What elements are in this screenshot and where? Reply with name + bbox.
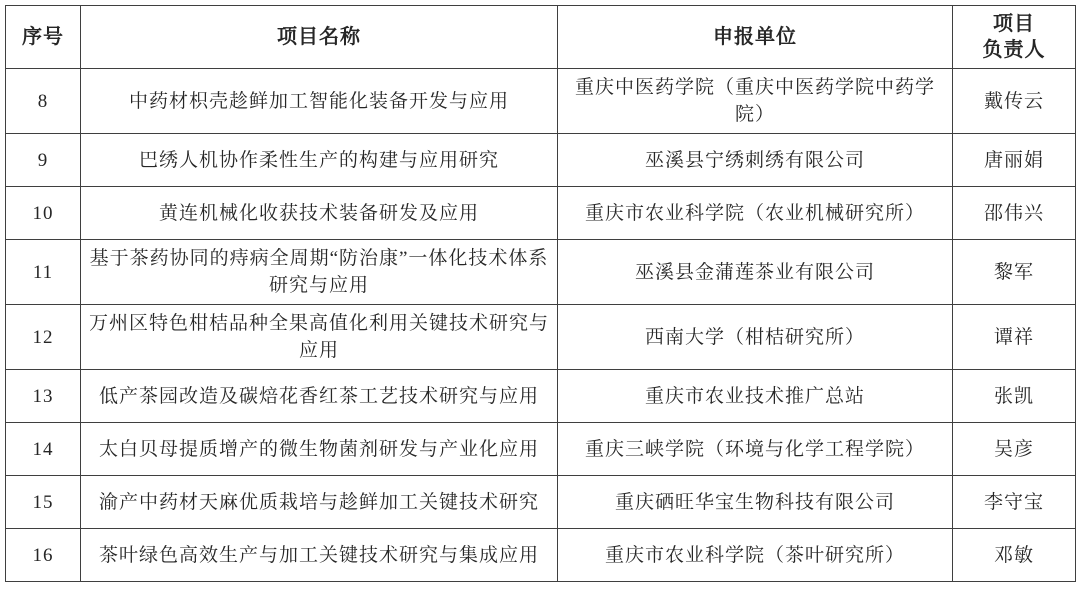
table-body: 8中药材枳壳趁鲜加工智能化装备开发与应用重庆中医药学院（重庆中医药学院中药学院）… — [6, 69, 1076, 582]
cell-project-name: 渝产中药材天麻优质栽培与趁鲜加工关键技术研究 — [81, 476, 558, 529]
cell-index: 8 — [6, 69, 81, 134]
table-row: 16茶叶绿色高效生产与加工关键技术研究与集成应用重庆市农业科学院（茶叶研究所）邓… — [6, 529, 1076, 582]
cell-project-name: 万州区特色柑桔品种全果高值化利用关键技术研究与应用 — [81, 305, 558, 370]
cell-applicant-unit: 重庆市农业科学院（茶叶研究所） — [558, 529, 953, 582]
document-page: 序号 项目名称 申报单位 项目 负责人 8中药材枳壳趁鲜加工智能化装备开发与应用… — [0, 0, 1080, 595]
cell-project-name: 中药材枳壳趁鲜加工智能化装备开发与应用 — [81, 69, 558, 134]
cell-index: 10 — [6, 187, 81, 240]
cell-project-name: 黄连机械化收获技术装备研发及应用 — [81, 187, 558, 240]
cell-project-name: 巴绣人机协作柔性生产的构建与应用研究 — [81, 134, 558, 187]
column-header-project-leader-line2: 负责人 — [959, 37, 1069, 63]
cell-applicant-unit: 重庆硒旺华宝生物科技有限公司 — [558, 476, 953, 529]
cell-index: 13 — [6, 370, 81, 423]
column-header-project-leader: 项目 负责人 — [953, 6, 1076, 69]
table-row: 8中药材枳壳趁鲜加工智能化装备开发与应用重庆中医药学院（重庆中医药学院中药学院）… — [6, 69, 1076, 134]
cell-project-leader: 李守宝 — [953, 476, 1076, 529]
cell-project-leader: 谭祥 — [953, 305, 1076, 370]
cell-applicant-unit: 巫溪县金蒲莲茶业有限公司 — [558, 240, 953, 305]
table-row: 9巴绣人机协作柔性生产的构建与应用研究巫溪县宁绣刺绣有限公司唐丽娟 — [6, 134, 1076, 187]
cell-project-name: 太白贝母提质增产的微生物菌剂研发与产业化应用 — [81, 423, 558, 476]
cell-index: 16 — [6, 529, 81, 582]
cell-project-leader: 吴彦 — [953, 423, 1076, 476]
cell-project-leader: 邓敏 — [953, 529, 1076, 582]
cell-applicant-unit: 巫溪县宁绣刺绣有限公司 — [558, 134, 953, 187]
cell-project-leader: 邵伟兴 — [953, 187, 1076, 240]
table-row: 12万州区特色柑桔品种全果高值化利用关键技术研究与应用西南大学（柑桔研究所）谭祥 — [6, 305, 1076, 370]
cell-applicant-unit: 重庆中医药学院（重庆中医药学院中药学院） — [558, 69, 953, 134]
cell-project-leader: 张凯 — [953, 370, 1076, 423]
table-header-row: 序号 项目名称 申报单位 项目 负责人 — [6, 6, 1076, 69]
cell-project-leader: 黎军 — [953, 240, 1076, 305]
cell-index: 9 — [6, 134, 81, 187]
cell-index: 12 — [6, 305, 81, 370]
column-header-project-name: 项目名称 — [81, 6, 558, 69]
cell-index: 11 — [6, 240, 81, 305]
cell-applicant-unit: 重庆市农业科学院（农业机械研究所） — [558, 187, 953, 240]
table-row: 15渝产中药材天麻优质栽培与趁鲜加工关键技术研究重庆硒旺华宝生物科技有限公司李守… — [6, 476, 1076, 529]
cell-index: 14 — [6, 423, 81, 476]
cell-applicant-unit: 重庆三峡学院（环境与化学工程学院） — [558, 423, 953, 476]
cell-project-name: 基于茶药协同的痔病全周期“防治康”一体化技术体系研究与应用 — [81, 240, 558, 305]
table-row: 10黄连机械化收获技术装备研发及应用重庆市农业科学院（农业机械研究所）邵伟兴 — [6, 187, 1076, 240]
cell-project-leader: 戴传云 — [953, 69, 1076, 134]
cell-index: 15 — [6, 476, 81, 529]
cell-project-name: 低产茶园改造及碳焙花香红茶工艺技术研究与应用 — [81, 370, 558, 423]
table-row: 13低产茶园改造及碳焙花香红茶工艺技术研究与应用重庆市农业技术推广总站张凯 — [6, 370, 1076, 423]
table-row: 11基于茶药协同的痔病全周期“防治康”一体化技术体系研究与应用巫溪县金蒲莲茶业有… — [6, 240, 1076, 305]
table-row: 14太白贝母提质增产的微生物菌剂研发与产业化应用重庆三峡学院（环境与化学工程学院… — [6, 423, 1076, 476]
cell-applicant-unit: 重庆市农业技术推广总站 — [558, 370, 953, 423]
projects-table: 序号 项目名称 申报单位 项目 负责人 8中药材枳壳趁鲜加工智能化装备开发与应用… — [5, 5, 1076, 582]
cell-project-name: 茶叶绿色高效生产与加工关键技术研究与集成应用 — [81, 529, 558, 582]
column-header-project-leader-line1: 项目 — [959, 11, 1069, 37]
column-header-applicant-unit: 申报单位 — [558, 6, 953, 69]
cell-project-leader: 唐丽娟 — [953, 134, 1076, 187]
column-header-index: 序号 — [6, 6, 81, 69]
cell-applicant-unit: 西南大学（柑桔研究所） — [558, 305, 953, 370]
